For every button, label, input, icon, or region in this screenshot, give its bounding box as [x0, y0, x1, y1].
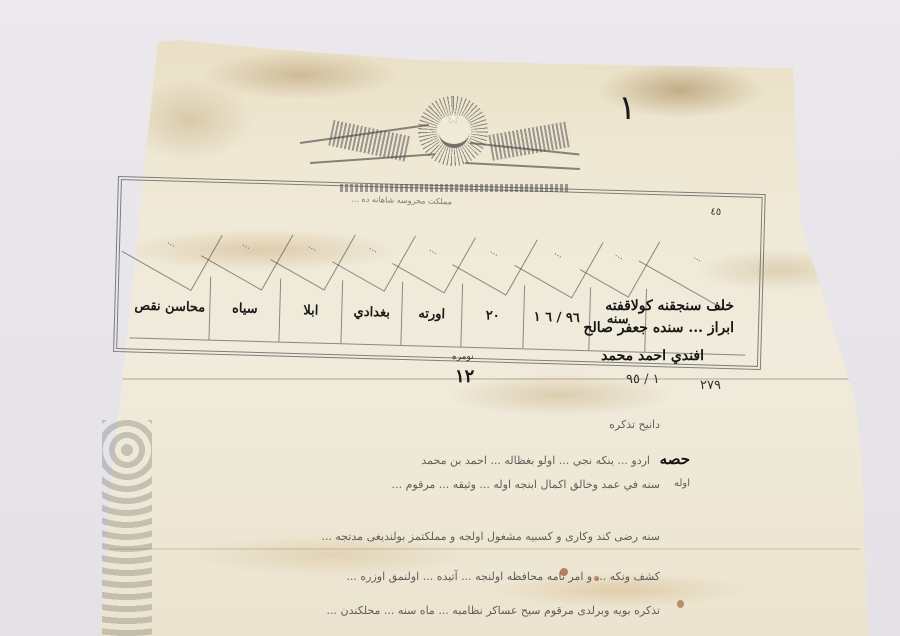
flag-icon	[328, 120, 412, 162]
body-line: سنه في عمد وخالق اكمال ابنجه اوله ... وث…	[392, 478, 660, 491]
handwritten-entry: افندي احمد محمد	[534, 346, 704, 366]
paper-fold	[110, 548, 860, 550]
body-heading: دانيح تذكره	[609, 418, 660, 431]
flag-icon	[488, 121, 571, 160]
table-value-cell: اورته	[401, 282, 463, 348]
paper-fold	[120, 378, 860, 380]
body-line: كشف ونكه ... و امر نامه محافظه اولنجه ..…	[346, 570, 660, 583]
code-mark: ٢٧٩	[700, 378, 721, 393]
handwritten-entry: خلف سنجقنه كولاقفته	[534, 296, 734, 316]
body-line-prefix: اوله	[674, 478, 690, 489]
table-value-cell: بغدادي	[341, 280, 403, 346]
number-value: ١٢	[455, 366, 474, 387]
handwritten-entry: ابراز ... سنده جعفر صالح	[534, 318, 734, 338]
table-value-cell: ابلا	[279, 279, 343, 345]
page-number-mark: ١	[618, 88, 636, 128]
table-value-cell: محاسن نقص	[129, 274, 211, 340]
ornamental-border	[102, 420, 152, 636]
body-line: سنه رضى كند وكارى و كسبيه مشغول اولجه و …	[321, 530, 660, 543]
star-icon: ★	[446, 108, 460, 127]
table-heading: مملكت محروسه شاهانه ده ...	[351, 195, 452, 207]
rust-stain	[560, 568, 568, 576]
rust-stain	[677, 600, 684, 608]
spear-icon	[465, 162, 580, 170]
table-value-cell: سياه	[209, 277, 281, 343]
fraction-mark: ١ / ٩٥	[626, 372, 660, 387]
rust-stain	[594, 576, 599, 581]
body-line: اردو ... ينكه نجي ... اولو بغظاله ... اح…	[421, 454, 650, 467]
table-value-cell: ٢٠	[461, 284, 525, 350]
table-serial: ٤٥	[710, 207, 721, 218]
number-label: نومره	[452, 352, 474, 362]
body-line-prefix: حصه	[660, 450, 690, 468]
body-line: تذكره بويه وبرلدى مرقوم سيح عساكر نظامبه…	[327, 604, 660, 617]
printed-table: مملكت محروسه شاهانه ده ... ٤٥ ... ... ..…	[113, 176, 766, 370]
